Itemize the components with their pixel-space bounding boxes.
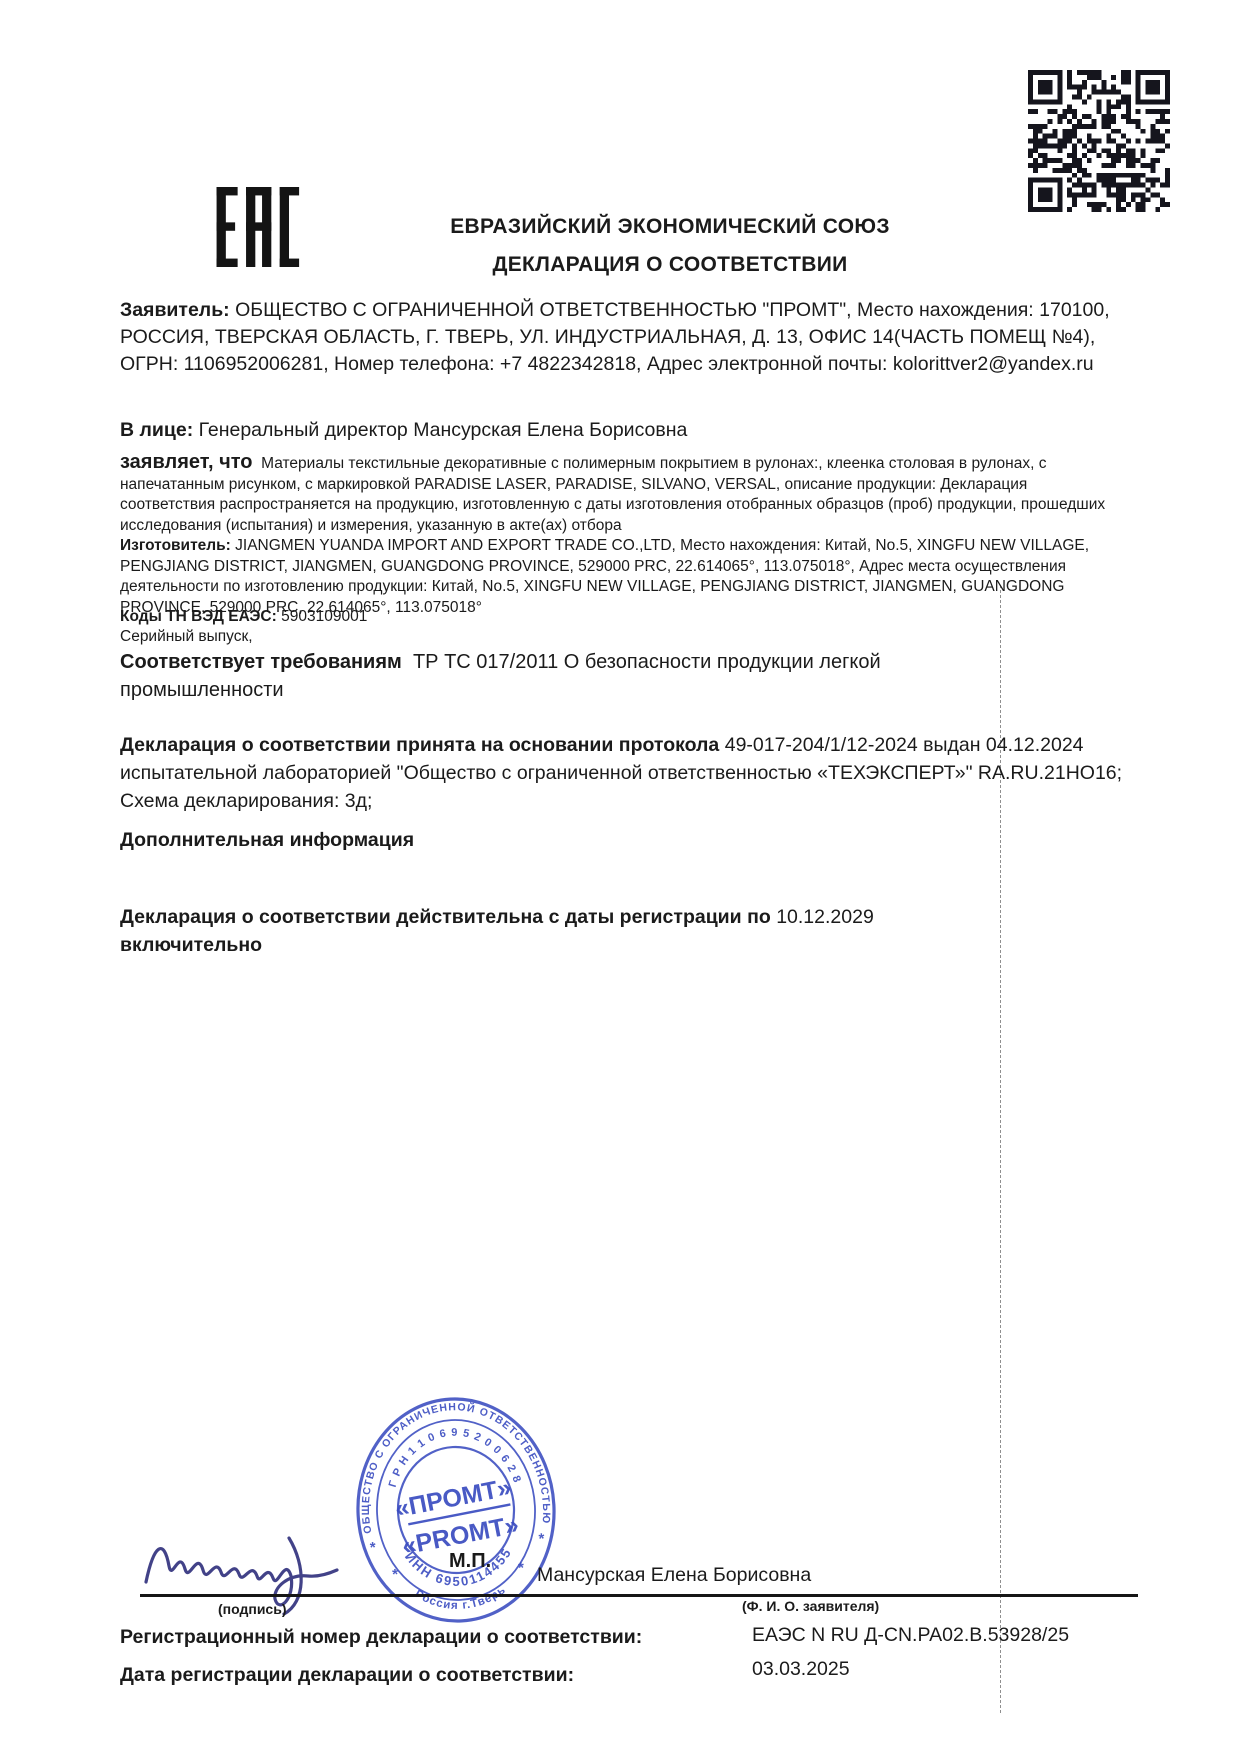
signature-caption: (подпись) xyxy=(218,1601,287,1617)
declaration-paragraph: заявляет, что Материалы текстильные деко… xyxy=(120,452,1122,618)
validity-suffix: включительно xyxy=(120,934,262,956)
representative-label: В лице: xyxy=(120,419,193,441)
serial-line: Серийный выпуск, xyxy=(120,627,1122,648)
eac-mark-icon xyxy=(214,187,300,267)
validity-date: 10.12.2029 xyxy=(776,906,874,928)
tnved-label: Коды ТН ВЭД ЕАЭС: xyxy=(120,608,277,625)
compliance-paragraph: Соответствует требованиям ТР ТС 017/2011… xyxy=(120,649,1025,704)
registration-number-value: ЕАЭС N RU Д-CN.РА02.В.53928/25 xyxy=(752,1622,1069,1649)
registration-number-label: Регистрационный номер декларации о соотв… xyxy=(120,1624,642,1651)
stamp-asterisk: * xyxy=(369,1539,376,1556)
validity-paragraph: Декларация о соответствии действительна … xyxy=(120,903,1135,959)
declares-label: заявляет, что xyxy=(120,451,253,473)
signature-line xyxy=(140,1594,1138,1597)
applicant-paragraph: Заявитель: ОБЩЕСТВО С ОГРАНИЧЕННОЙ ОТВЕТ… xyxy=(120,297,1138,378)
mp-label: М.П. xyxy=(449,1550,491,1573)
stamp-asterisk: * xyxy=(392,1566,399,1583)
basis-paragraph: Декларация о соответствии принята на осн… xyxy=(120,731,1135,815)
applicant-label: Заявитель: xyxy=(120,299,230,321)
fio-caption: (Ф. И. О. заявителя) xyxy=(742,1598,879,1614)
tnved-value: 5903109001 xyxy=(281,608,367,625)
representative-paragraph: В лице: Генеральный директор Мансурская … xyxy=(120,417,1138,444)
basis-label: Декларация о соответствии принята на осн… xyxy=(120,734,719,756)
declaration-document: ЕВРАЗИЙСКИЙ ЭКОНОМИЧЕСКИЙ СОЮЗ ДЕКЛАРАЦИ… xyxy=(0,0,1240,1755)
tnved-line: Коды ТН ВЭД ЕАЭС: 5903109001 xyxy=(120,607,1122,628)
stamp-asterisk: * xyxy=(518,1560,525,1577)
applicant-text: ОБЩЕСТВО С ОГРАНИЧЕННОЙ ОТВЕТСТВЕННОСТЬЮ… xyxy=(120,299,1110,375)
registration-date-value: 03.03.2025 xyxy=(752,1656,850,1683)
manufacturer-label: Изготовитель: xyxy=(120,537,231,554)
registration-date-label: Дата регистрации декларации о соответств… xyxy=(120,1662,574,1689)
representative-text: Генеральный директор Мансурская Елена Бо… xyxy=(199,419,688,441)
union-title: ЕВРАЗИЙСКИЙ ЭКОНОМИЧЕСКИЙ СОЮЗ xyxy=(320,215,1020,239)
validity-label: Декларация о соответствии действительна … xyxy=(120,906,771,928)
manufacturer-text: JIANGMEN YUANDA IMPORT AND EXPORT TRADE … xyxy=(120,537,1089,616)
stamp-asterisk: * xyxy=(538,1530,545,1547)
product-description: Материалы текстильные декоративные с пол… xyxy=(120,455,1105,534)
compliance-label: Соответствует требованиям xyxy=(120,651,402,673)
qr-code xyxy=(1028,70,1170,212)
fio-value: Мансурская Елена Борисовна xyxy=(537,1562,811,1589)
additional-info-label: Дополнительная информация xyxy=(120,827,414,854)
document-title: ДЕКЛАРАЦИЯ О СООТВЕТСТВИИ xyxy=(320,253,1020,277)
